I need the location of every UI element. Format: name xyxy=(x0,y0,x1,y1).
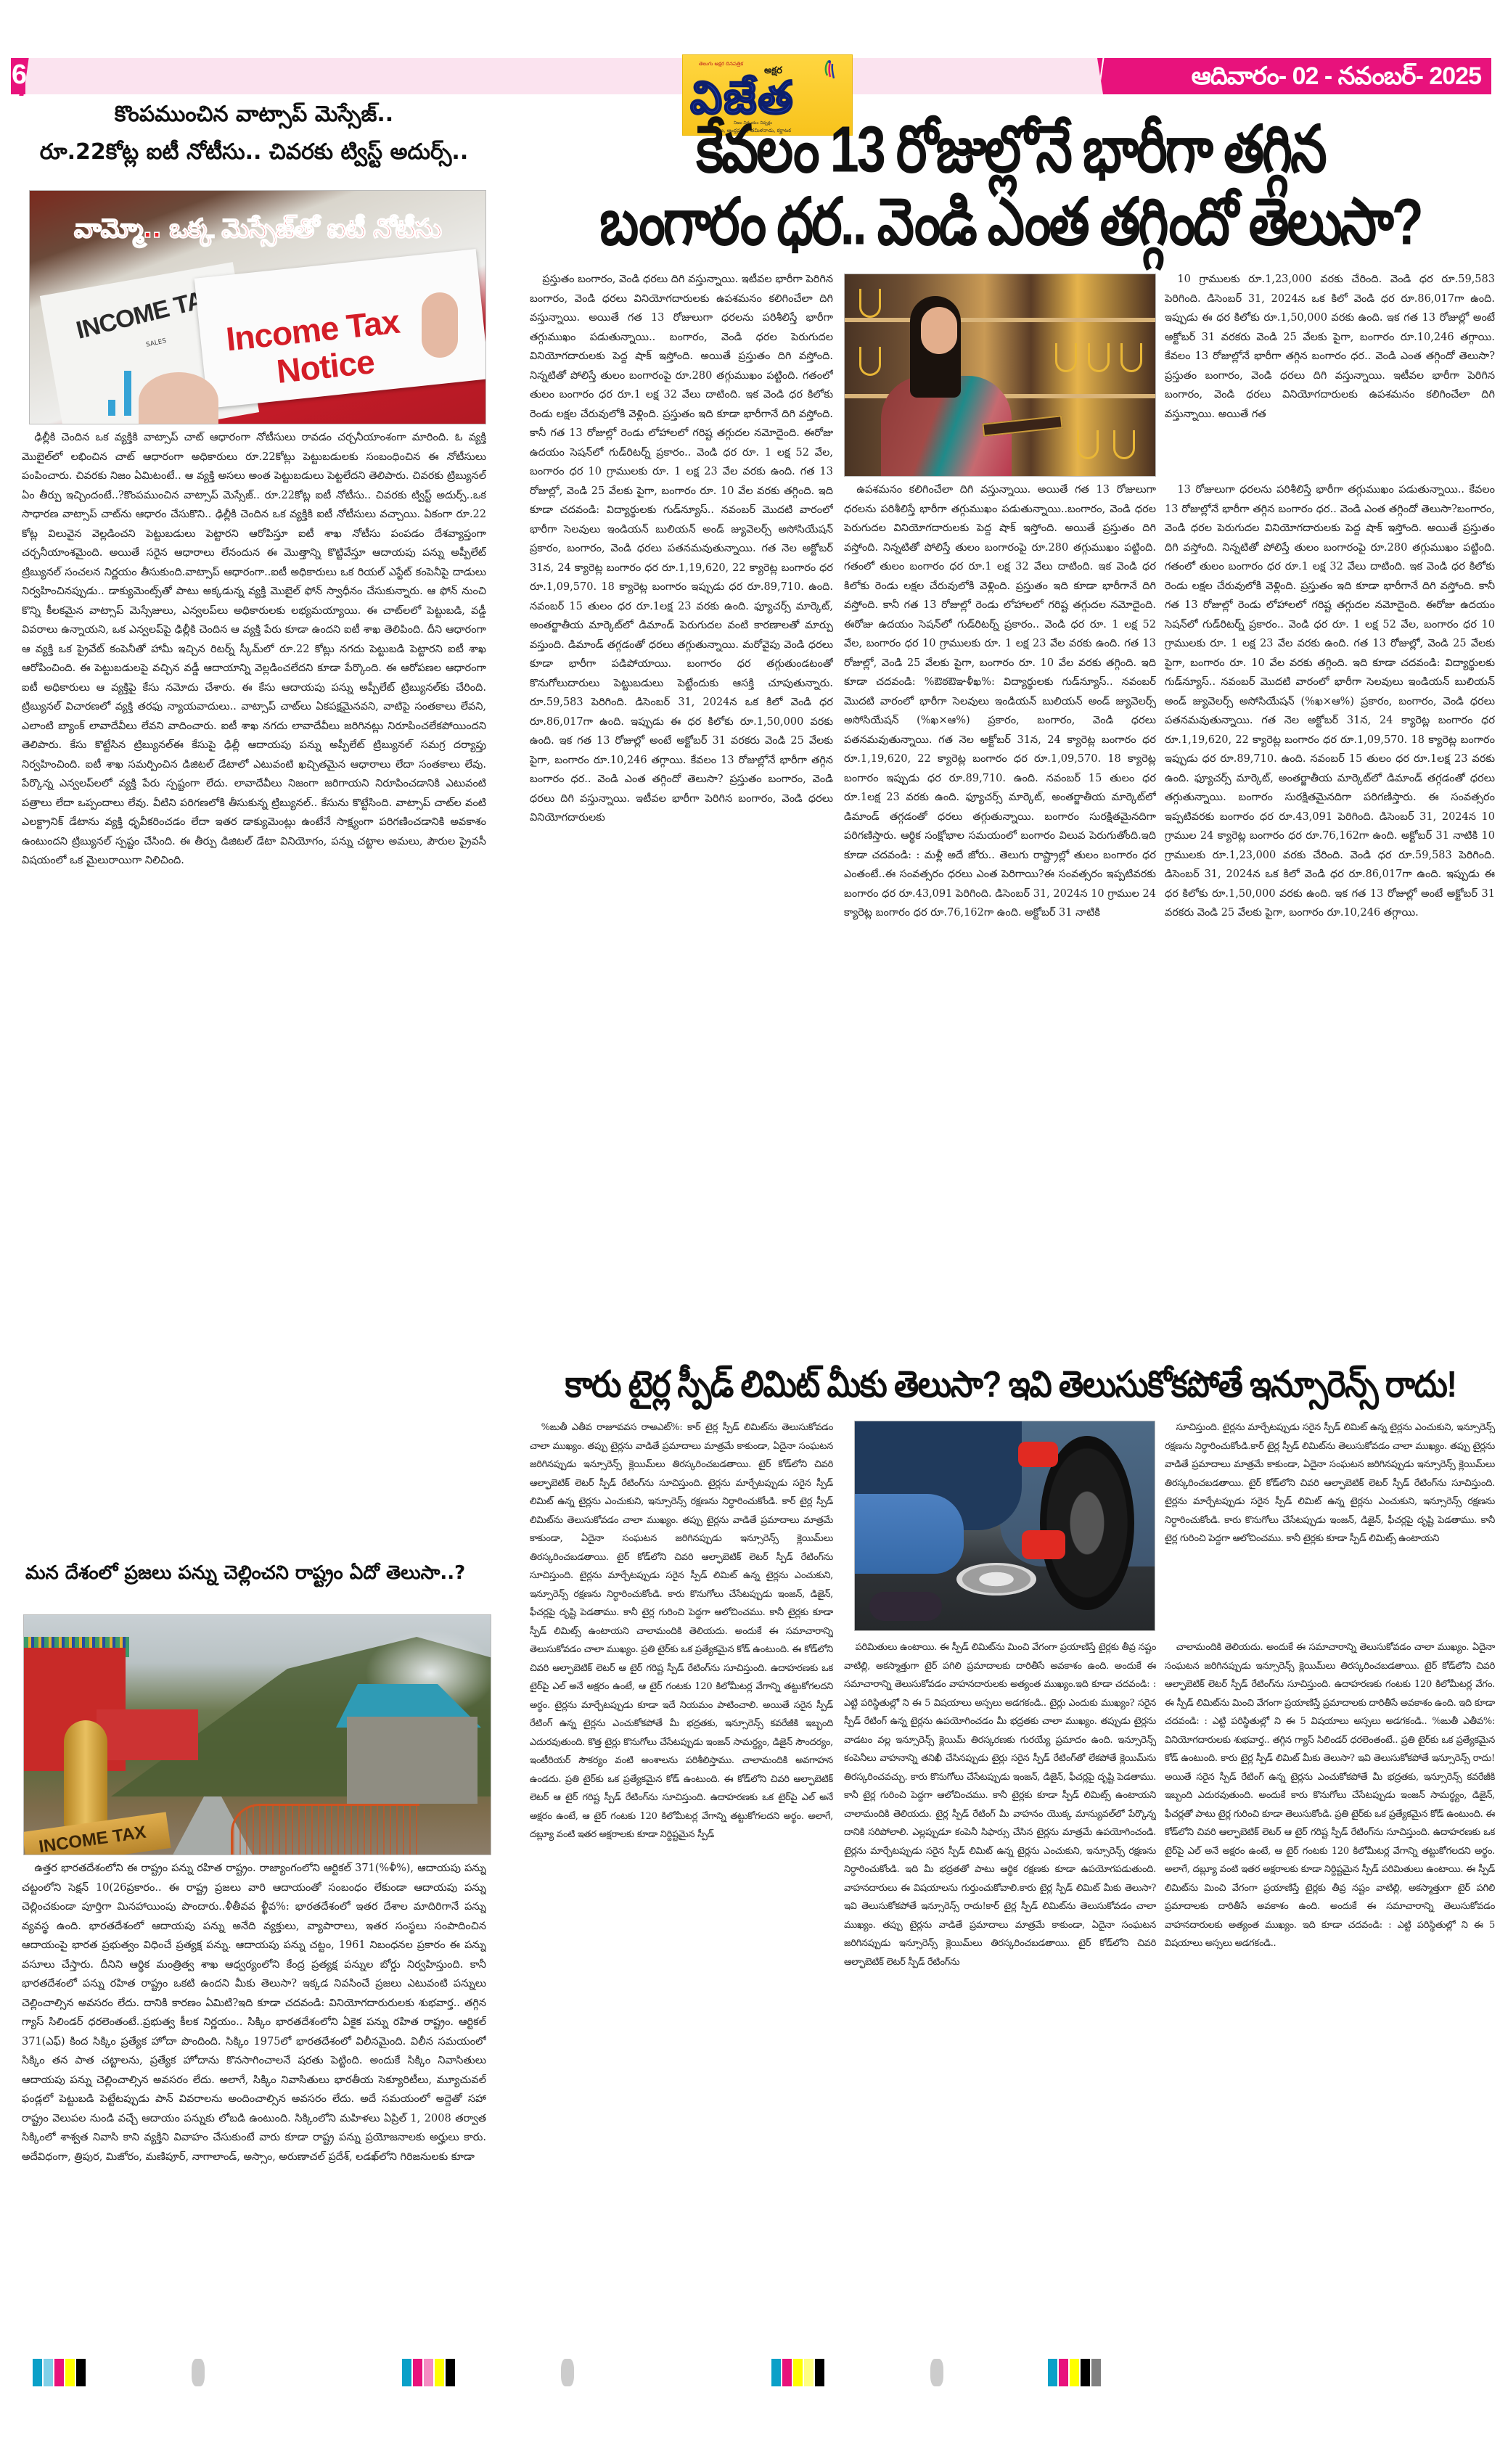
tax-free-state-headline: మన దేశంలో ప్రజలు పన్ను చెల్లించని రాష్ట్… xyxy=(22,1562,486,1588)
tyre-change-photo xyxy=(854,1421,1155,1631)
registration-swatch xyxy=(771,2359,781,2386)
necklace-graphic xyxy=(859,289,881,318)
date-banner: ఆదివారం- 02 - నవంబర్- 2025 xyxy=(1097,58,1491,94)
registration-swatch xyxy=(782,2359,792,2386)
necklace-graphic xyxy=(1055,343,1077,372)
logo-tagline-top: తెలుగు అక్షర దినపత్రిక xyxy=(699,61,743,68)
gold-article-column-2: ఉపశమనం కలిగించేలా దిగి వస్తున్నాయి. అయిత… xyxy=(844,480,1156,1336)
thumb-graphic xyxy=(422,292,458,358)
registration-swatch xyxy=(804,2359,813,2386)
registration-swatch xyxy=(402,2359,411,2386)
tyre-article-headline: కారు టైర్ల స్పీడ్ లిమిట్ మీకు తెలుసా? ఇవ… xyxy=(526,1364,1495,1415)
whatsapp-article-body: ఢిల్లీకి చెందిన ఒక వ్యక్తికి వాట్సాప్ చా… xyxy=(22,428,486,1516)
color-registration-bar xyxy=(402,2359,455,2386)
shelf-graphic xyxy=(845,318,1155,322)
registration-oval xyxy=(192,2359,205,2386)
whatsapp-article-headline-2: రూ.22కోట్ల ఐటీ నోటీసు.. చివరకు ట్విస్ట్ … xyxy=(22,139,486,170)
registration-swatch xyxy=(54,2359,64,2386)
necklace-graphic xyxy=(1113,430,1135,459)
tyre-article-column-3: చాలామందికి తెలియదు. అందుకే ఈ సమాచారాన్ని… xyxy=(1165,1638,1495,2306)
shoe-graphic xyxy=(869,1592,942,1621)
tyre-article-column-3-top: సూచిస్తుంది. టైర్లను మార్చేటప్పుడు సరైన … xyxy=(1165,1418,1495,1636)
registration-swatch xyxy=(413,2359,422,2386)
registration-oval xyxy=(561,2359,574,2386)
color-registration-bar xyxy=(771,2359,824,2386)
tyre-article-column-1: %ఙుతీ ఎతీవ రాజూవవస రాఅఎట్%: కార్ టైర్ల స… xyxy=(530,1418,833,2354)
fence-graphic xyxy=(231,1804,419,1855)
stone-house-graphic xyxy=(347,1717,478,1804)
stamp-handle-graphic xyxy=(64,1720,107,1829)
registration-swatch xyxy=(424,2359,433,2386)
whatsapp-article-headline-1: కొంపముంచిన వాట్సాప్ మెస్సేజ్.. xyxy=(22,102,486,132)
hand-graphic xyxy=(139,372,218,424)
necklace-graphic xyxy=(1120,343,1142,372)
registration-swatch xyxy=(815,2359,824,2386)
jeans-graphic xyxy=(855,1494,964,1574)
red-glove-graphic xyxy=(1022,1530,1065,1559)
woman-face-graphic xyxy=(921,307,957,354)
registration-swatch xyxy=(1059,2359,1068,2386)
gold-article-column-1: ప్రస్తుతం బంగారం, వెండి ధరలు దిగి వస్తున… xyxy=(530,270,833,1336)
registration-swatch xyxy=(793,2359,803,2386)
registration-swatch xyxy=(1081,2359,1090,2386)
gold-article-headline-2: బంగారం ధర.. వెండి ఎంత తగ్గిందో తెలుసా? xyxy=(526,185,1495,276)
red-house-graphic xyxy=(97,1709,198,1760)
color-registration-bar xyxy=(33,2359,86,2386)
bird-icon xyxy=(820,59,837,81)
tax-free-state-body: ఉత్తర భారతదేశంలోని ఈ రాష్ట్రం పన్ను రహిత… xyxy=(22,1859,486,2323)
color-registration-bar xyxy=(1048,2359,1101,2386)
registration-swatch xyxy=(435,2359,444,2386)
gold-article-column-3-top: 10 గ్రాములకు రూ.1,23,000 వరకు చేరింది. వ… xyxy=(1165,270,1495,477)
registration-swatch xyxy=(33,2359,42,2386)
registration-swatch xyxy=(76,2359,86,2386)
registration-oval xyxy=(930,2359,943,2386)
registration-swatch xyxy=(1091,2359,1101,2386)
sikkim-landscape-photo: INCOME TAX xyxy=(23,1614,491,1855)
registration-swatch xyxy=(1048,2359,1057,2386)
issue-date: ఆదివారం- 02 - నవంబర్- 2025 xyxy=(1192,62,1481,96)
gold-jewellery-photo xyxy=(844,274,1156,477)
registration-swatch xyxy=(65,2359,75,2386)
page-number: 6 xyxy=(12,59,26,91)
registration-swatch xyxy=(446,2359,455,2386)
registration-swatch xyxy=(44,2359,53,2386)
gold-article-column-3: 13 రోజులుగా ధరలను పరిశీలిస్తే భారీగా తగ్… xyxy=(1165,480,1495,1293)
image-banner-text: వామ్మో.. ఒక్క మెస్సేజ్‌తో ఐటీ నోటీసు xyxy=(30,214,485,250)
red-glove-graphic xyxy=(1018,1442,1058,1467)
income-tax-notice-photo: INCOME TAX SALES Income Tax Notice వామ్మ… xyxy=(29,190,486,424)
tyre-article-column-2: పరిమితులు ఉంటాయి. ఈ స్పీడ్ లిమిట్‌ను మిం… xyxy=(844,1638,1156,2357)
registration-swatch xyxy=(1070,2359,1079,2386)
necklace-graphic xyxy=(1077,430,1099,459)
hubcap-graphic xyxy=(956,1563,1036,1596)
necklace-graphic xyxy=(859,347,881,376)
necklace-graphic xyxy=(1088,343,1110,372)
